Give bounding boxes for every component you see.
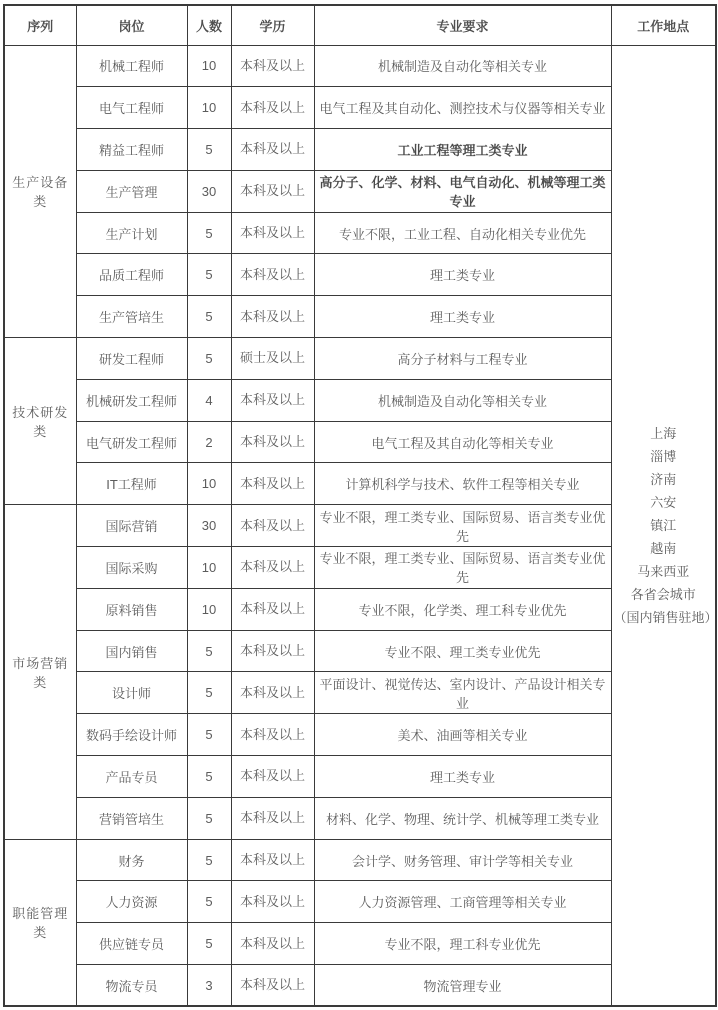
position-cell: 生产管培生	[76, 296, 187, 338]
table-row: 国际采购10本科及以上专业不限，理工类专业、国际贸易、语言类专业优先	[4, 547, 716, 589]
position-cell: 生产计划	[76, 212, 187, 254]
category-cell: 生产设备类	[4, 45, 76, 338]
table-row: 营销管培生5本科及以上材料、化学、物理、统计学、机械等理工类专业	[4, 797, 716, 839]
table-body: 生产设备类机械工程师10本科及以上机械制造及自动化等相关专业上海淄博济南六安镇江…	[4, 45, 716, 1006]
education-cell: 本科及以上	[231, 714, 314, 756]
position-cell: 数码手绘设计师	[76, 714, 187, 756]
header-education: 学历	[231, 5, 314, 45]
count-cell: 5	[187, 338, 231, 380]
education-cell: 本科及以上	[231, 965, 314, 1007]
header-position: 岗位	[76, 5, 187, 45]
position-cell: 电气工程师	[76, 87, 187, 129]
major-cell: 会计学、财务管理、审计学等相关专业	[314, 839, 611, 881]
count-cell: 10	[187, 547, 231, 589]
table-row: 电气工程师10本科及以上电气工程及其自动化、测控技术与仪器等相关专业	[4, 87, 716, 129]
header-location: 工作地点	[611, 5, 716, 45]
count-cell: 3	[187, 965, 231, 1007]
table-row: 职能管理类财务5本科及以上会计学、财务管理、审计学等相关专业	[4, 839, 716, 881]
position-cell: 国内销售	[76, 630, 187, 672]
position-cell: 机械研发工程师	[76, 379, 187, 421]
education-cell: 本科及以上	[231, 588, 314, 630]
count-cell: 5	[187, 630, 231, 672]
major-cell: 机械制造及自动化等相关专业	[314, 45, 611, 87]
major-cell: 专业不限，工业工程、自动化相关专业优先	[314, 212, 611, 254]
education-cell: 本科及以上	[231, 379, 314, 421]
major-cell: 专业不限，理工科专业优先	[314, 923, 611, 965]
count-cell: 5	[187, 296, 231, 338]
count-cell: 5	[187, 923, 231, 965]
major-cell: 电气工程及其自动化等相关专业	[314, 421, 611, 463]
position-cell: 人力资源	[76, 881, 187, 923]
education-cell: 本科及以上	[231, 421, 314, 463]
education-cell: 本科及以上	[231, 797, 314, 839]
location-line: 马来西亚	[614, 560, 714, 583]
count-cell: 5	[187, 881, 231, 923]
education-cell: 本科及以上	[231, 839, 314, 881]
table-row: 机械研发工程师4本科及以上机械制造及自动化等相关专业	[4, 379, 716, 421]
major-cell: 美术、油画等相关专业	[314, 714, 611, 756]
location-line: 镇江	[614, 514, 714, 537]
table-row: 电气研发工程师2本科及以上电气工程及其自动化等相关专业	[4, 421, 716, 463]
position-cell: 供应链专员	[76, 923, 187, 965]
major-cell: 理工类专业	[314, 756, 611, 798]
location-line: （国内销售驻地）	[614, 606, 714, 629]
education-cell: 硕士及以上	[231, 338, 314, 380]
count-cell: 4	[187, 379, 231, 421]
location-cell: 上海淄博济南六安镇江越南马来西亚各省会城市（国内销售驻地）	[611, 45, 716, 1006]
education-cell: 本科及以上	[231, 672, 314, 714]
position-cell: 国际采购	[76, 547, 187, 589]
table-row: 市场营销类国际营销30本科及以上专业不限，理工类专业、国际贸易、语言类专业优先	[4, 505, 716, 547]
education-cell: 本科及以上	[231, 87, 314, 129]
position-cell: 品质工程师	[76, 254, 187, 296]
position-cell: 精益工程师	[76, 129, 187, 171]
major-cell: 工业工程等理工类专业	[314, 129, 611, 171]
count-cell: 30	[187, 505, 231, 547]
education-cell: 本科及以上	[231, 212, 314, 254]
major-cell: 机械制造及自动化等相关专业	[314, 379, 611, 421]
table-row: 生产设备类机械工程师10本科及以上机械制造及自动化等相关专业上海淄博济南六安镇江…	[4, 45, 716, 87]
major-cell: 平面设计、视觉传达、室内设计、产品设计相关专业	[314, 672, 611, 714]
table-header: 序列 岗位 人数 学历 专业要求 工作地点	[4, 5, 716, 45]
table-row: 国内销售5本科及以上专业不限、理工类专业优先	[4, 630, 716, 672]
location-line: 越南	[614, 537, 714, 560]
education-cell: 本科及以上	[231, 547, 314, 589]
education-cell: 本科及以上	[231, 129, 314, 171]
count-cell: 5	[187, 756, 231, 798]
position-cell: 原料销售	[76, 588, 187, 630]
count-cell: 5	[187, 212, 231, 254]
table-row: 人力资源5本科及以上人力资源管理、工商管理等相关专业	[4, 881, 716, 923]
major-cell: 理工类专业	[314, 296, 611, 338]
count-cell: 5	[187, 254, 231, 296]
education-cell: 本科及以上	[231, 254, 314, 296]
major-cell: 专业不限，理工类专业、国际贸易、语言类专业优先	[314, 547, 611, 589]
location-line: 淄博	[614, 445, 714, 468]
count-cell: 10	[187, 463, 231, 505]
count-cell: 10	[187, 87, 231, 129]
major-cell: 人力资源管理、工商管理等相关专业	[314, 881, 611, 923]
position-cell: 研发工程师	[76, 338, 187, 380]
table-row: 技术研发类研发工程师5硕士及以上高分子材料与工程专业	[4, 338, 716, 380]
position-cell: 国际营销	[76, 505, 187, 547]
count-cell: 5	[187, 714, 231, 756]
table-row: 生产计划5本科及以上专业不限，工业工程、自动化相关专业优先	[4, 212, 716, 254]
category-cell: 职能管理类	[4, 839, 76, 1006]
table-row: 数码手绘设计师5本科及以上美术、油画等相关专业	[4, 714, 716, 756]
position-cell: 营销管培生	[76, 797, 187, 839]
position-cell: 生产管理	[76, 170, 187, 212]
count-cell: 30	[187, 170, 231, 212]
education-cell: 本科及以上	[231, 45, 314, 87]
count-cell: 5	[187, 672, 231, 714]
location-line: 济南	[614, 468, 714, 491]
table-row: 产品专员5本科及以上理工类专业	[4, 756, 716, 798]
table-row: 生产管培生5本科及以上理工类专业	[4, 296, 716, 338]
count-cell: 10	[187, 588, 231, 630]
major-cell: 材料、化学、物理、统计学、机械等理工类专业	[314, 797, 611, 839]
table-row: 品质工程师5本科及以上理工类专业	[4, 254, 716, 296]
count-cell: 5	[187, 129, 231, 171]
education-cell: 本科及以上	[231, 923, 314, 965]
table-row: 物流专员3本科及以上物流管理专业	[4, 965, 716, 1007]
major-cell: 电气工程及其自动化、测控技术与仪器等相关专业	[314, 87, 611, 129]
table-row: 供应链专员5本科及以上专业不限，理工科专业优先	[4, 923, 716, 965]
header-major: 专业要求	[314, 5, 611, 45]
education-cell: 本科及以上	[231, 505, 314, 547]
major-cell: 高分子材料与工程专业	[314, 338, 611, 380]
location-line: 上海	[614, 422, 714, 445]
table-row: 精益工程师5本科及以上工业工程等理工类专业	[4, 129, 716, 171]
location-line: 各省会城市	[614, 583, 714, 606]
recruitment-table: 序列 岗位 人数 学历 专业要求 工作地点 生产设备类机械工程师10本科及以上机…	[3, 4, 717, 1007]
header-count: 人数	[187, 5, 231, 45]
location-line: 六安	[614, 491, 714, 514]
position-cell: 设计师	[76, 672, 187, 714]
education-cell: 本科及以上	[231, 630, 314, 672]
header-row: 序列 岗位 人数 学历 专业要求 工作地点	[4, 5, 716, 45]
major-cell: 计算机科学与技术、软件工程等相关专业	[314, 463, 611, 505]
education-cell: 本科及以上	[231, 463, 314, 505]
education-cell: 本科及以上	[231, 881, 314, 923]
position-cell: 电气研发工程师	[76, 421, 187, 463]
table-row: 设计师5本科及以上平面设计、视觉传达、室内设计、产品设计相关专业	[4, 672, 716, 714]
recruitment-table-wrap: 序列 岗位 人数 学历 专业要求 工作地点 生产设备类机械工程师10本科及以上机…	[3, 4, 717, 1007]
major-cell: 专业不限，理工类专业、国际贸易、语言类专业优先	[314, 505, 611, 547]
major-cell: 理工类专业	[314, 254, 611, 296]
major-cell: 专业不限，化学类、理工科专业优先	[314, 588, 611, 630]
education-cell: 本科及以上	[231, 296, 314, 338]
count-cell: 2	[187, 421, 231, 463]
major-cell: 物流管理专业	[314, 965, 611, 1007]
position-cell: 机械工程师	[76, 45, 187, 87]
major-cell: 高分子、化学、材料、电气自动化、机械等理工类专业	[314, 170, 611, 212]
table-row: 原料销售10本科及以上专业不限，化学类、理工科专业优先	[4, 588, 716, 630]
table-row: 生产管理30本科及以上高分子、化学、材料、电气自动化、机械等理工类专业	[4, 170, 716, 212]
category-cell: 技术研发类	[4, 338, 76, 505]
table-row: IT工程师10本科及以上计算机科学与技术、软件工程等相关专业	[4, 463, 716, 505]
position-cell: 财务	[76, 839, 187, 881]
education-cell: 本科及以上	[231, 756, 314, 798]
education-cell: 本科及以上	[231, 170, 314, 212]
count-cell: 5	[187, 797, 231, 839]
major-cell: 专业不限、理工类专业优先	[314, 630, 611, 672]
header-sequence: 序列	[4, 5, 76, 45]
count-cell: 10	[187, 45, 231, 87]
position-cell: 物流专员	[76, 965, 187, 1007]
position-cell: 产品专员	[76, 756, 187, 798]
category-cell: 市场营销类	[4, 505, 76, 839]
count-cell: 5	[187, 839, 231, 881]
position-cell: IT工程师	[76, 463, 187, 505]
